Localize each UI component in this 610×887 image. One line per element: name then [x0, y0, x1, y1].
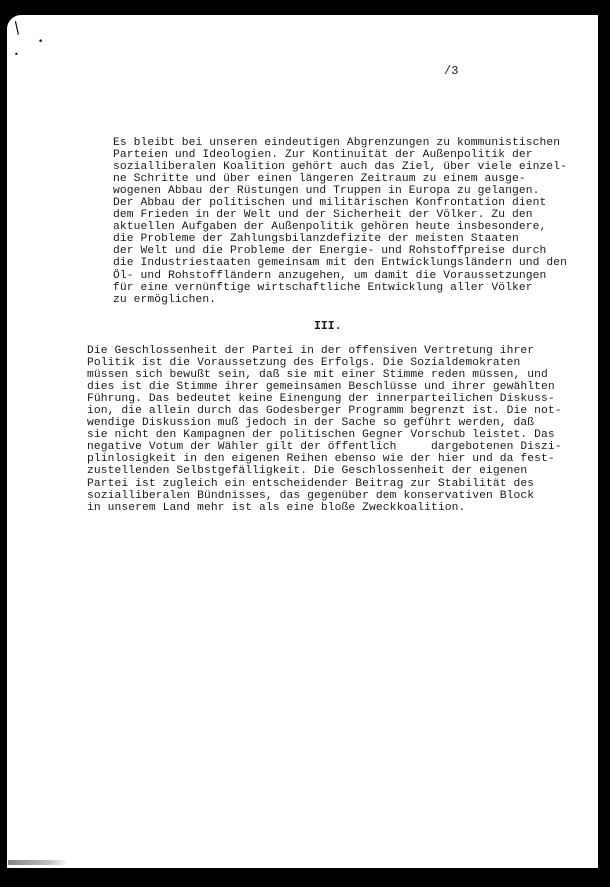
scan-mark: • [38, 37, 43, 47]
text-line: dem Frieden in der Welt und der Sicherhe… [113, 209, 567, 221]
scan-artifact [8, 860, 68, 865]
text-line: negative Votum der Wähler gilt der öffen… [87, 441, 562, 453]
text-line: dies ist die Stimme ihrer gemeinsamen Be… [87, 381, 562, 393]
text-line: in unserem Land mehr ist als eine bloße … [87, 502, 562, 514]
text-line: Die Geschlossenheit der Partei in der of… [87, 345, 562, 357]
page-number: /3 [444, 64, 458, 78]
text-line: Es bleibt bei unseren eindeutigen Abgren… [113, 137, 567, 149]
text-line: aktuellen Aufgaben der Außenpolitik gehö… [113, 221, 567, 233]
text-line: sozialliberalen Koalition gehört auch da… [113, 161, 567, 173]
text-line: sozialliberalen Bündnisses, das gegenübe… [87, 490, 562, 502]
text-line: die Probleme der Zahlungsbilanzdefizite … [113, 233, 567, 245]
text-line: Führung. Das bedeutet keine Einengung de… [87, 393, 562, 405]
text-line: zu ermöglichen. [113, 294, 567, 306]
text-line: Öl- und Rohstoffländern anzugehen, um da… [113, 270, 567, 282]
text-line: wendige Diskussion muß jedoch in der Sac… [87, 417, 562, 429]
text-line: die Industriestaaten gemeinsam mit den E… [113, 257, 567, 269]
text-line: plinlosigkeit in den eigenen Reihen eben… [87, 453, 562, 465]
text-line: für eine vernünftige wirtschaftliche Ent… [113, 282, 567, 294]
text-line: ion, die allein durch das Godesberger Pr… [87, 405, 562, 417]
paragraph-1: Es bleibt bei unseren eindeutigen Abgren… [113, 137, 567, 306]
paragraph-2: Die Geschlossenheit der Partei in der of… [87, 345, 562, 514]
text-line: müssen sich bewußt sein, daß sie mit ein… [87, 369, 562, 381]
text-line: sie nicht den Kampagnen der politischen … [87, 429, 562, 441]
text-line: Partei ist zugleich ein entscheidender B… [87, 478, 562, 490]
scan-mark: • [14, 50, 19, 59]
text-line: wogenen Abbau der Rüstungen und Truppen … [113, 185, 567, 197]
text-line: zustellenden Selbstgefälligkeit. Die Ges… [87, 465, 562, 477]
text-line: Der Abbau der politischen und militärisc… [113, 197, 567, 209]
section-heading: III. [314, 320, 342, 333]
text-line: Politik ist die Voraussetzung des Erfolg… [87, 357, 562, 369]
text-line: ne Schritte und über einen längeren Zeit… [113, 173, 567, 185]
text-line: der Welt und die Probleme der Energie- u… [113, 245, 567, 257]
text-line: Parteien und Ideologien. Zur Kontinuität… [113, 149, 567, 161]
